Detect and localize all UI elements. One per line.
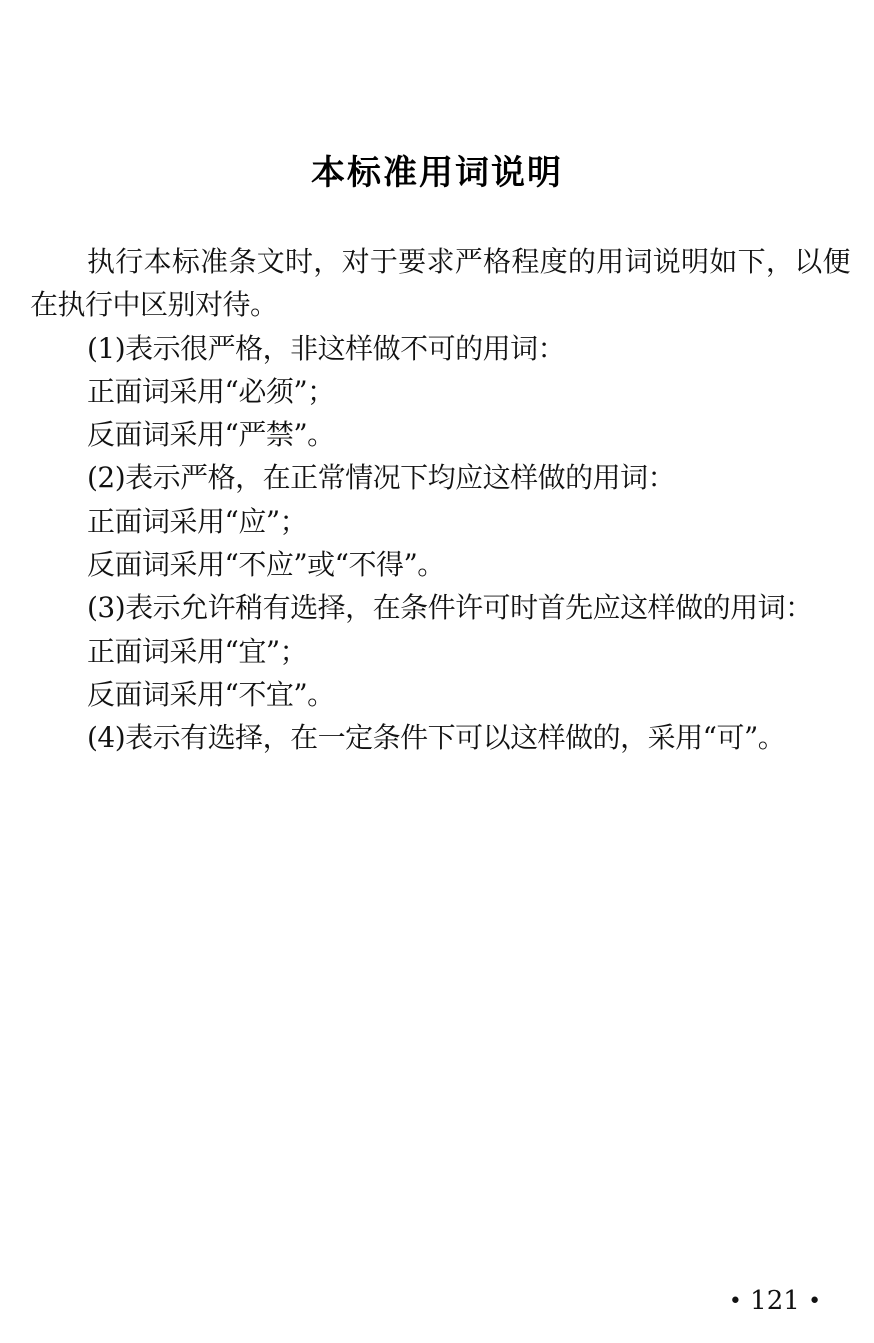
bullet-dot-icon: • [729,1289,742,1314]
page-title: 本标准用词说明 [0,150,874,196]
page-number: 121 [750,1286,800,1316]
bullet-dot-icon: • [808,1289,821,1314]
item-2-heading: (2)表示严格，在正常情况下均应这样做的用词： [30,456,850,499]
item-1-positive: 正面词采用“必须”； [30,370,850,413]
document-body: 执行本标准条文时，对于要求严格程度的用词说明如下，以便在执行中区别对待。 (1)… [30,240,850,760]
item-2-negative: 反面词采用“不应”或“不得”。 [30,543,850,586]
item-1-negative: 反面词采用“严禁”。 [30,413,850,456]
item-3-negative: 反面词采用“不宜”。 [30,673,850,716]
page-number-footer: • 121 • [720,1284,830,1319]
intro-paragraph: 执行本标准条文时，对于要求严格程度的用词说明如下，以便在执行中区别对待。 [30,240,850,327]
item-2-positive: 正面词采用“应”； [30,500,850,543]
item-1-heading: (1)表示很严格，非这样做不可的用词： [30,327,850,370]
item-3-heading: (3)表示允许稍有选择，在条件许可时首先应这样做的用词： [30,586,850,629]
item-3-positive: 正面词采用“宜”； [30,630,850,673]
item-4-heading: (4)表示有选择，在一定条件下可以这样做的，采用“可”。 [30,716,850,759]
